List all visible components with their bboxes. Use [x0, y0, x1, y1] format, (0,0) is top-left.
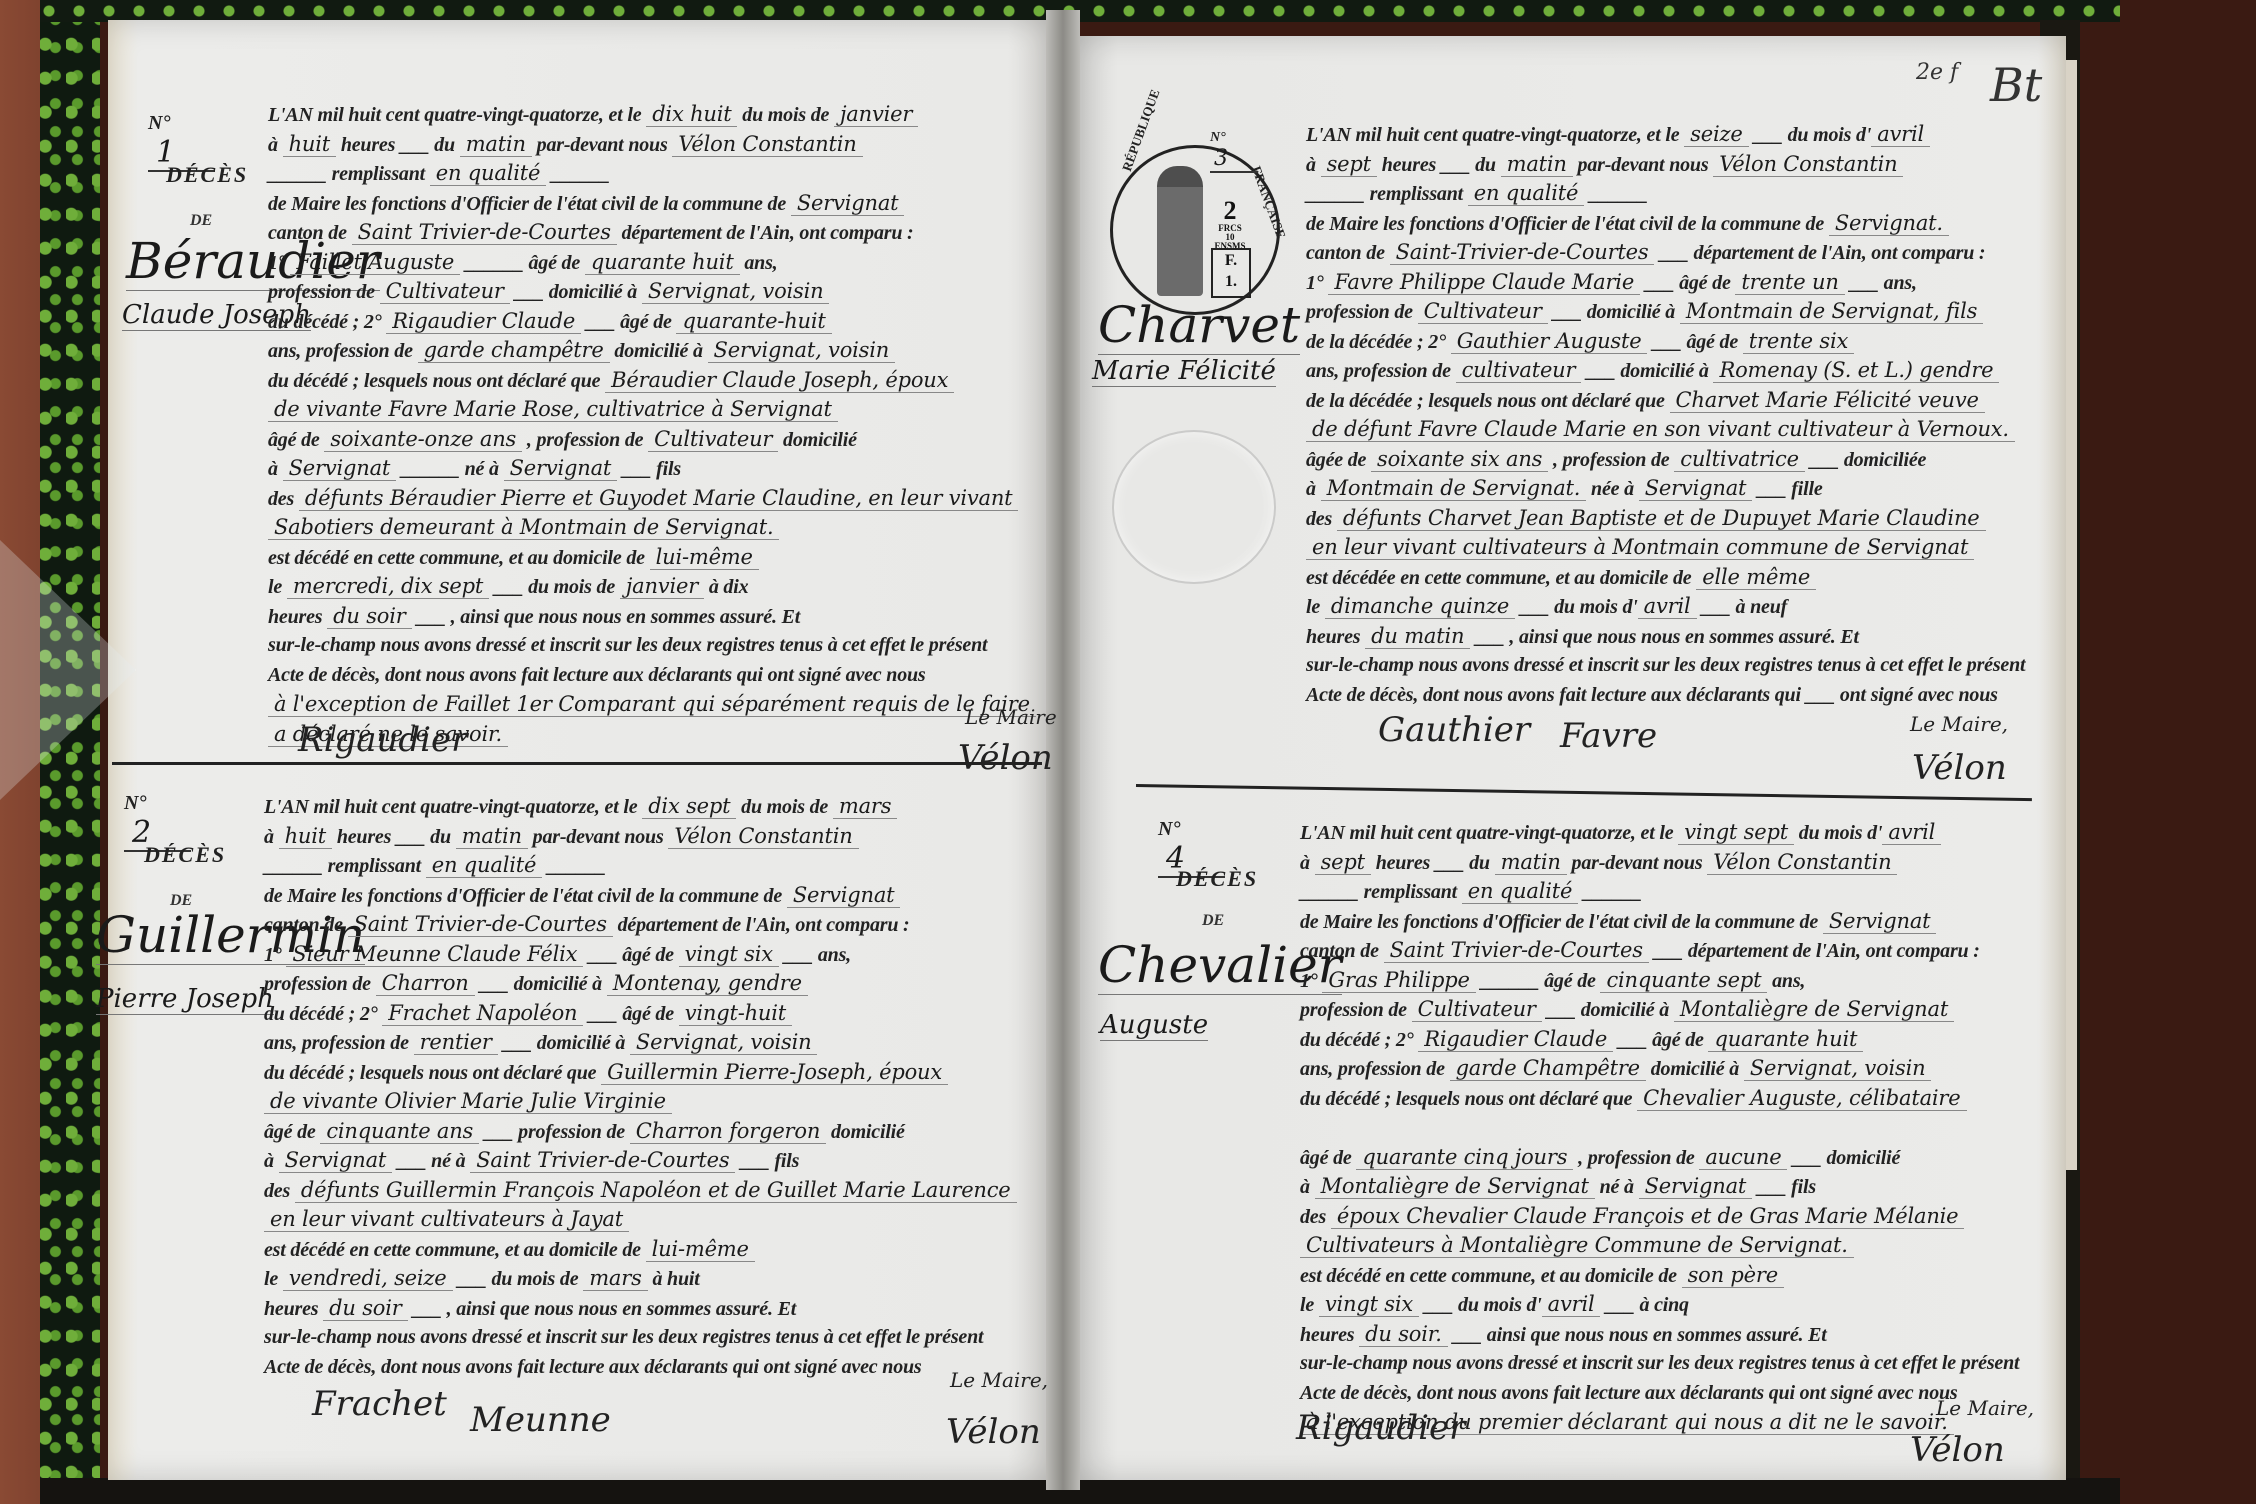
printed-text: ___ âgé de — [581, 311, 676, 333]
handwritten-value: vingt-huit — [679, 1001, 792, 1026]
handwritten-value: trente un — [1735, 270, 1844, 295]
form-line: L'AN mil huit cent quatre-vingt-quatorze… — [268, 100, 1036, 130]
printed-text: ___ fils — [617, 458, 681, 480]
witness-signature: Rigaudier — [1296, 1408, 1465, 1448]
printed-text: canton de — [1306, 242, 1390, 264]
printed-text: ans, profession de — [264, 1032, 414, 1054]
handwritten-value: quarante huit — [585, 250, 740, 275]
form-line: du décédé ; lesquels nous ont déclaré qu… — [264, 1058, 1017, 1088]
printed-text: ___ du mois de — [453, 1268, 584, 1290]
printed-text: du mois de — [737, 104, 834, 126]
handwritten-value: Cultivateur — [380, 279, 510, 304]
printed-text: à — [1306, 154, 1321, 176]
form-line: âgé de quarante cinq jours , profession … — [1300, 1143, 2019, 1173]
printed-text: département de l'Ain, ont comparu : — [613, 914, 910, 936]
form-line: du décédé ; 2° Rigaudier Claude ___ âgé … — [268, 307, 1036, 337]
handwritten-value: huit — [283, 132, 336, 157]
form-line: heures du matin ___ , ainsi que nous nou… — [1306, 622, 2025, 652]
printed-text: du décédé ; 2° — [264, 1003, 382, 1025]
printed-text: sur-le-champ nous avons dressé et inscri… — [1306, 654, 2025, 676]
form-line: profession de Cultivateur ___ domicilié … — [268, 277, 1036, 307]
printed-text: heures ___ du — [1377, 154, 1501, 176]
form-line: heures du soir ___ , ainsi que nous nous… — [264, 1294, 1017, 1324]
printed-text: ___ , ainsi que nous nous en sommes assu… — [408, 1298, 796, 1320]
printed-text: ___ âgé de — [583, 944, 678, 966]
printed-text: canton de — [1300, 940, 1384, 962]
handwritten-value: Servignat — [283, 456, 397, 481]
handwritten-value: matin — [456, 824, 528, 849]
printed-text: domicilié — [826, 1121, 905, 1143]
printed-text: département de l'Ain, ont comparu : — [617, 222, 914, 244]
printed-text: du décédé ; lesquels nous ont déclaré qu… — [1300, 1088, 1637, 1110]
printed-text: L'AN mil huit cent quatre-vingt-quatorze… — [1300, 822, 1678, 844]
printed-text: le — [1300, 1294, 1319, 1316]
deces-label: DÉCÈS — [1176, 866, 1258, 892]
form-line: du décédé ; lesquels nous ont déclaré qu… — [268, 366, 1036, 396]
mayor-signature: Vélon — [1912, 748, 2007, 788]
handwritten-value: Sabotiers demeurant à Montmain de Servig… — [268, 515, 779, 540]
handwritten-value: seize — [1684, 122, 1748, 147]
printed-text: , profession de — [1548, 449, 1674, 471]
form-line: est décédé en cette commune, et au domic… — [1300, 1261, 2019, 1291]
handwritten-value: Vélon Constantin — [1713, 152, 1903, 177]
printed-text: ___ âgé de — [1613, 1029, 1708, 1051]
printed-text: ___ fils — [735, 1150, 799, 1172]
printed-text: des — [268, 488, 299, 510]
printed-text: le — [1306, 596, 1325, 618]
form-line: heures du soir ___ , ainsi que nous nous… — [268, 602, 1036, 632]
printed-text: âgé de — [264, 1121, 320, 1143]
printed-text: ___ domicilié à — [1548, 301, 1680, 323]
form-line: âgé de soixante-onze ans , profession de… — [268, 425, 1036, 455]
handwritten-value: matin — [460, 132, 532, 157]
handwritten-value: quarante-huit — [676, 309, 831, 334]
handwritten-value: rentier — [414, 1030, 498, 1055]
printed-text: profession de — [268, 281, 380, 303]
handwritten-value: Servignat, voisin — [642, 279, 830, 304]
handwritten-value: Servignat, voisin — [708, 338, 896, 363]
entry-body: L'AN mil huit cent quatre-vingt-quatorze… — [1300, 818, 2019, 1438]
printed-text: née à — [1586, 478, 1638, 500]
handwritten-value: de vivante Favre Marie Rose, cultivatric… — [268, 397, 838, 422]
printed-text: le — [268, 576, 287, 598]
printed-text: ______ remplissant — [1306, 183, 1468, 205]
handwritten-value: lui-même — [646, 1237, 755, 1262]
form-line: des défunts Béraudier Pierre et Guyodet … — [268, 484, 1036, 514]
handwritten-value: Charron — [376, 971, 475, 996]
handwritten-value: du soir — [327, 604, 411, 629]
mayor-label: Le Maire, — [1910, 712, 2008, 736]
printed-text: sur-le-champ nous avons dressé et inscri… — [1300, 1352, 2019, 1374]
printed-text: par-devant nous — [528, 826, 669, 848]
printed-text: domicilié à — [1646, 1058, 1744, 1080]
printed-text: Acte de décès, dont nous avons fait lect… — [268, 664, 926, 686]
handwritten-value: Servignat — [791, 191, 905, 216]
form-line: âgé de cinquante ans ___ profession de C… — [264, 1117, 1017, 1147]
witness-signature: Gauthier — [1378, 710, 1530, 750]
form-line: des défunts Guillermin François Napoléon… — [264, 1176, 1017, 1206]
printed-text: ___ , ainsi que nous nous en sommes assu… — [412, 606, 800, 628]
handwritten-value: Gauthier Auguste — [1451, 329, 1648, 354]
handwritten-value: vingt six — [1319, 1292, 1419, 1317]
form-line: de vivante Olivier Marie Julie Virginie — [264, 1087, 1017, 1117]
printed-text: des — [264, 1180, 295, 1202]
handwritten-value: Servignat, voisin — [1744, 1056, 1932, 1081]
handwritten-value: huit — [279, 824, 332, 849]
printed-text: heures — [1306, 626, 1365, 648]
printed-text: ans, profession de — [268, 340, 418, 362]
form-line: canton de Saint-Trivier-de-Courtes ___ d… — [1306, 238, 2025, 268]
handwritten-value: vendredi, seize — [283, 1266, 453, 1291]
handwritten-value: Servignat — [504, 456, 618, 481]
handwritten-value: sept — [1315, 850, 1371, 875]
form-line: canton de Saint Trivier-de-Courtes dépar… — [268, 218, 1036, 248]
handwritten-value: matin — [1501, 152, 1573, 177]
handwritten-value: Saint Trivier-de-Courtes — [352, 220, 617, 245]
printed-text: né à — [1595, 1176, 1639, 1198]
printed-text: heures ___ du — [336, 134, 460, 156]
handwritten-value: époux Chevalier Claude François et de Gr… — [1331, 1204, 1965, 1229]
printed-text: ______ âgé de — [1476, 970, 1601, 992]
form-line: le mercredi, dix sept ___ du mois de jan… — [268, 572, 1036, 602]
printed-text: ___ à cinq — [1600, 1294, 1688, 1316]
deces-label: DÉCÈS — [144, 842, 226, 868]
form-line: à sept heures ___ du matin par-devant no… — [1300, 848, 2019, 878]
printed-text: ___ domicilié à — [498, 1032, 630, 1054]
form-line: à Servignat ___ né à Saint Trivier-de-Co… — [264, 1146, 1017, 1176]
printed-text: à dix — [704, 576, 748, 598]
printed-text: 1° — [1306, 272, 1328, 294]
handwritten-value: Saint Trivier-de-Courtes — [1384, 938, 1649, 963]
printed-text: ___ , ainsi que nous nous en sommes assu… — [1470, 626, 1858, 648]
form-line: ans, profession de cultivateur ___ domic… — [1306, 356, 2025, 386]
handwritten-value: dimanche quinze — [1325, 594, 1515, 619]
printed-text: à — [268, 458, 283, 480]
form-line: à Montmain de Servignat. née à Servignat… — [1306, 474, 2025, 504]
printed-text: âgé de — [1300, 1147, 1356, 1169]
printed-text: ___ domiciliée — [1805, 449, 1926, 471]
handwritten-value: mars — [833, 794, 897, 819]
handwritten-value: garde champêtre — [418, 338, 610, 363]
entry-number: N° 3 — [1210, 130, 1258, 171]
form-line: le vingt six ___ du mois d'avril ___ à c… — [1300, 1290, 2019, 1320]
stamp-value: 2 FRCS 10 ENSMS — [1209, 198, 1251, 251]
printed-text: profession de — [1306, 301, 1418, 323]
form-line: ______ remplissant en qualité ______ — [268, 159, 1036, 189]
handwritten-value: soixante-onze ans — [324, 427, 522, 452]
handwritten-value: du matin — [1365, 624, 1470, 649]
printed-text: ___ ainsi que nous nous en sommes assuré… — [1448, 1324, 1827, 1346]
handwritten-value: à l'exception de Faillet 1er Comparant q… — [268, 692, 1036, 717]
printed-text: de Maire les fonctions d'Officier de l'é… — [268, 193, 791, 215]
printed-text: sur-le-champ nous avons dressé et inscri… — [268, 634, 987, 656]
printed-text: par-devant nous — [1567, 852, 1708, 874]
form-line: canton de Saint Trivier-de-Courtes dépar… — [264, 910, 1017, 940]
handwritten-value: trente six — [1743, 329, 1854, 354]
mayor-label: Le Maire, — [950, 1368, 1048, 1392]
deces-label: DÉCÈS — [166, 162, 248, 188]
printed-text: ______ remplissant — [264, 855, 426, 877]
de-label: DE — [1202, 912, 1224, 930]
form-line: de Maire les fonctions d'Officier de l'é… — [268, 189, 1036, 219]
form-line: de Maire les fonctions d'Officier de l'é… — [1306, 209, 2025, 239]
form-line: profession de Charron ___ domicilié à Mo… — [264, 969, 1017, 999]
printed-text: ______ — [542, 855, 606, 877]
printed-text: de Maire les fonctions d'Officier de l'é… — [264, 885, 787, 907]
justice-figure-icon — [1157, 166, 1203, 296]
printed-text: heures — [268, 606, 327, 628]
form-line: profession de Cultivateur ___ domicilié … — [1306, 297, 2025, 327]
handwritten-value: Charvet Marie Félicité veuve — [1670, 388, 1985, 413]
handwritten-value: en qualité — [426, 853, 542, 878]
printed-text: 1° — [268, 252, 290, 274]
form-line: L'AN mil huit cent quatre-vingt-quatorze… — [1306, 120, 2025, 150]
printed-text: à — [264, 1150, 279, 1172]
handwritten-value: dix sept — [642, 794, 736, 819]
printed-text: du décédé ; 2° — [1300, 1029, 1418, 1051]
handwritten-value: Servignat — [1639, 1174, 1753, 1199]
handwritten-value: Cultivateur — [1418, 299, 1548, 324]
printed-text: ___ domicilié — [1787, 1147, 1900, 1169]
form-line: sur-le-champ nous avons dressé et inscri… — [1306, 651, 2025, 681]
handwritten-value: matin — [1495, 850, 1567, 875]
handwritten-value: Vélon Constantin — [668, 824, 858, 849]
handwritten-value: cultivatrice — [1674, 447, 1805, 472]
form-line: 1° Faillet Auguste ______ âgé de quarant… — [268, 248, 1036, 278]
form-line: est décédée en cette commune, et au domi… — [1306, 563, 2025, 593]
printed-text: heures ___ du — [332, 826, 456, 848]
printed-text: du mois de — [736, 796, 833, 818]
handwritten-value: sept — [1321, 152, 1377, 177]
handwritten-value: cinquante ans — [320, 1119, 479, 1144]
printed-text: sur-le-champ nous avons dressé et inscri… — [264, 1326, 983, 1348]
folio-mark: Bt — [1990, 58, 2042, 112]
printed-text: canton de — [268, 222, 352, 244]
form-line: de Maire les fonctions d'Officier de l'é… — [1300, 907, 2019, 937]
mayor-signature: Vélon — [958, 738, 1053, 778]
form-line: en leur vivant cultivateurs à Jayat — [264, 1205, 1017, 1235]
form-line: 1° Sieur Meunne Claude Félix ___ âgé de … — [264, 940, 1017, 970]
printed-text: de Maire les fonctions d'Officier de l'é… — [1300, 911, 1823, 933]
handwritten-value: cinquante sept — [1600, 968, 1767, 993]
handwritten-value: quarante cinq jours — [1356, 1145, 1573, 1170]
printed-text: est décédée en cette commune, et au domi… — [1306, 567, 1696, 589]
printed-text: heures — [1300, 1324, 1359, 1346]
handwritten-value: aucune — [1699, 1145, 1787, 1170]
handwritten-value: Saint-Trivier-de-Courtes — [1390, 240, 1655, 265]
handwritten-value: mercredi, dix sept — [287, 574, 489, 599]
printed-text: ___ département de l'Ain, ont comparu : — [1654, 242, 1985, 264]
printed-text: ___ domicilié à — [1581, 360, 1713, 382]
book-cover-bottom — [40, 1478, 2120, 1504]
form-line: Acte de décès, dont nous avons fait lect… — [264, 1353, 1017, 1383]
printed-text: à — [264, 826, 279, 848]
printed-text: à huit — [648, 1268, 700, 1290]
handwritten-value: garde Champêtre — [1450, 1056, 1646, 1081]
form-line: ______ remplissant en qualité ______ — [1306, 179, 2025, 209]
printed-text: du décédé ; lesquels nous ont déclaré qu… — [268, 370, 605, 392]
printed-text: ______ remplissant — [1300, 881, 1462, 903]
form-line: Cultivateurs à Montaliègre Commune de Se… — [1300, 1231, 2019, 1261]
de-label: DE — [190, 212, 212, 230]
handwritten-value: avril — [1871, 122, 1930, 147]
witness-signature: Meunne — [470, 1400, 611, 1440]
form-line: L'AN mil huit cent quatre-vingt-quatorze… — [264, 792, 1017, 822]
handwritten-value: lui-même — [650, 545, 759, 570]
handwritten-value: Vélon Constantin — [1707, 850, 1897, 875]
handwritten-value: dix huit — [646, 102, 737, 127]
printed-text: est décédé en cette commune, et au domic… — [264, 1239, 646, 1261]
printed-text: , profession de — [1573, 1147, 1699, 1169]
form-line: à huit heures ___ du matin par-devant no… — [264, 822, 1017, 852]
handwritten-value: Chevalier Auguste, célibataire — [1637, 1086, 1966, 1111]
handwritten-value: soixante six ans — [1371, 447, 1548, 472]
form-line: à Montaliègre de Servignat né à Servigna… — [1300, 1172, 2019, 1202]
form-line: ______ remplissant en qualité ______ — [1300, 877, 2019, 907]
printed-text: Acte de décès, dont nous avons fait lect… — [264, 1356, 922, 1378]
printed-text: ___ domicilié à — [510, 281, 642, 303]
handwritten-value: défunts Guillermin François Napoléon et … — [295, 1178, 1017, 1203]
handwritten-value: défunts Béraudier Pierre et Guyodet Mari… — [299, 486, 1019, 511]
handwritten-value: Frachet Napoléon — [382, 1001, 583, 1026]
handwritten-value: Montaliègre de Servignat — [1674, 997, 1954, 1022]
witness-signature: Favre — [1560, 716, 1657, 756]
form-line: Sabotiers demeurant à Montmain de Servig… — [268, 513, 1036, 543]
marbled-cover-top — [40, 0, 2120, 22]
printed-text: ______ — [1584, 183, 1648, 205]
printed-text: ___ profession de — [479, 1121, 630, 1143]
entry-body: L'AN mil huit cent quatre-vingt-quatorze… — [264, 792, 1017, 1382]
printed-text: heures ___ du — [1371, 852, 1495, 874]
form-line: canton de Saint Trivier-de-Courtes ___ d… — [1300, 936, 2019, 966]
handwritten-value: Rigaudier Claude — [1418, 1027, 1613, 1052]
printed-text: de la décédée ; lesquels nous ont déclar… — [1306, 390, 1670, 412]
mayor-signature: Vélon — [946, 1412, 1041, 1452]
form-line: des défunts Charvet Jean Baptiste et de … — [1306, 504, 2025, 534]
form-line — [1300, 1113, 2019, 1143]
printed-text: ans, profession de — [1306, 360, 1456, 382]
handwritten-value: en qualité — [1462, 879, 1578, 904]
form-line: à huit heures ___ du matin par-devant no… — [268, 130, 1036, 160]
form-line: heures du soir. ___ ainsi que nous nous … — [1300, 1320, 2019, 1350]
form-line: ans, profession de garde champêtre domic… — [268, 336, 1036, 366]
form-line: est décédé en cette commune, et au domic… — [264, 1235, 1017, 1265]
form-line: ans, profession de garde Champêtre domic… — [1300, 1054, 2019, 1084]
form-line: Acte de décès, dont nous avons fait lect… — [268, 661, 1036, 691]
handwritten-value: en qualité — [1468, 181, 1584, 206]
printed-text: âgé de — [268, 429, 324, 451]
printed-text: ___ du mois d' — [1515, 596, 1638, 618]
printed-text: ___ âgé de — [583, 1003, 678, 1025]
printed-text: ___ fille — [1752, 478, 1822, 500]
handwritten-value: Vélon Constantin — [672, 132, 862, 157]
form-line: 1° Favre Philippe Claude Marie ___ âgé d… — [1306, 268, 2025, 298]
printed-text: ___ ans, — [1845, 272, 1917, 294]
printed-text: ______ — [546, 163, 610, 185]
handwritten-value: Cultivateur — [648, 427, 778, 452]
stamp-series-box: F. 1. — [1211, 248, 1251, 298]
handwritten-value: de défunt Favre Claude Marie en son viva… — [1306, 417, 2015, 442]
printed-text: ___ âgé de — [1640, 272, 1735, 294]
form-line: à l'exception de Faillet 1er Comparant q… — [268, 690, 1036, 720]
printed-text: du mois d' — [1794, 822, 1882, 844]
handwritten-value: Servignat, voisin — [630, 1030, 818, 1055]
handwritten-value: Montmain de Servignat. — [1321, 476, 1587, 501]
printed-text: ___ domicilié à — [475, 973, 607, 995]
printed-text: du décédé ; 2° — [268, 311, 386, 333]
printed-text: à — [268, 134, 283, 156]
form-line: de la décédée ; 2° Gauthier Auguste ___ … — [1306, 327, 2025, 357]
handwritten-value: Montaliègre de Servignat — [1315, 1174, 1595, 1199]
handwritten-value: Servignat — [279, 1148, 393, 1173]
handwritten-value: Gras Philippe — [1322, 968, 1475, 993]
handwritten-value: janvier — [620, 574, 704, 599]
handwritten-value: Béraudier Claude Joseph, époux — [605, 368, 954, 393]
form-line: de la décédée ; lesquels nous ont déclar… — [1306, 386, 2025, 416]
handwritten-value: Saint Trivier-de-Courtes — [348, 912, 613, 937]
folio-note: 2e f — [1916, 60, 1958, 85]
handwritten-value: défunts Charvet Jean Baptiste et de Dupu… — [1337, 506, 1986, 531]
printed-text: ___ du mois d' — [1749, 124, 1872, 146]
printed-text: 1° — [1300, 970, 1322, 992]
printed-text: , profession de — [522, 429, 648, 451]
printed-text: domicilié — [778, 429, 857, 451]
handwritten-value: Servignat — [1823, 909, 1937, 934]
printed-text: heures — [264, 1298, 323, 1320]
printed-text: L'AN mil huit cent quatre-vingt-quatorze… — [1306, 124, 1684, 146]
form-line: 1° Gras Philippe ______ âgé de cinquante… — [1300, 966, 2019, 996]
printed-text: par-devant nous — [532, 134, 673, 156]
form-line: profession de Cultivateur ___ domicilié … — [1300, 995, 2019, 1025]
handwritten-value: en qualité — [430, 161, 546, 186]
handwritten-value: Guillermin Pierre-Joseph, époux — [601, 1060, 948, 1085]
handwritten-value: Favre Philippe Claude Marie — [1328, 270, 1640, 295]
printed-text: L'AN mil huit cent quatre-vingt-quatorze… — [268, 104, 646, 126]
form-line: de Maire les fonctions d'Officier de l'é… — [264, 881, 1017, 911]
printed-text: ___ âgé de — [1647, 331, 1742, 353]
form-line: est décédé en cette commune, et au domic… — [268, 543, 1036, 573]
printed-text: ___ domicilié à — [1542, 999, 1674, 1021]
handwritten-value: en leur vivant cultivateurs à Montmain c… — [1306, 535, 1974, 560]
printed-text: ans, profession de — [1300, 1058, 1450, 1080]
printed-text: ___ ans, — [779, 944, 851, 966]
handwritten-value: en leur vivant cultivateurs à Jayat — [264, 1207, 629, 1232]
deceased-given-names: Marie Félicité — [1092, 356, 1276, 387]
form-line: sur-le-champ nous avons dressé et inscri… — [264, 1323, 1017, 1353]
mayor-label: Le Maire — [965, 705, 1057, 729]
handwritten-value: du soir. — [1359, 1322, 1448, 1347]
printed-text: ___ à neuf — [1697, 596, 1788, 618]
form-line: ans, profession de rentier ___ domicilié… — [264, 1028, 1017, 1058]
deceased-given-names: Pierre Joseph — [96, 984, 274, 1015]
printed-text: ___ né à — [392, 1150, 470, 1172]
entry-body: L'AN mil huit cent quatre-vingt-quatorze… — [268, 100, 1036, 749]
handwritten-value: vingt six — [679, 942, 779, 967]
form-line: sur-le-champ nous avons dressé et inscri… — [268, 631, 1036, 661]
printed-text: ___ du mois de — [489, 576, 620, 598]
printed-text: par-devant nous — [1573, 154, 1714, 176]
handwritten-value: Rigaudier Claude — [386, 309, 581, 334]
handwritten-value: Montmain de Servignat, fils — [1680, 299, 1983, 324]
printed-text: à — [1300, 1176, 1315, 1198]
deceased-given-names: Auguste — [1100, 1010, 1208, 1041]
form-line: sur-le-champ nous avons dressé et inscri… — [1300, 1349, 2019, 1379]
printed-text: âgée de — [1306, 449, 1371, 471]
form-line: en leur vivant cultivateurs à Montmain c… — [1306, 533, 2025, 563]
handwritten-value: quarante huit — [1708, 1027, 1863, 1052]
form-line: Acte de décès, dont nous avons fait lect… — [1306, 681, 2025, 711]
handwritten-value: vingt sept — [1678, 820, 1794, 845]
